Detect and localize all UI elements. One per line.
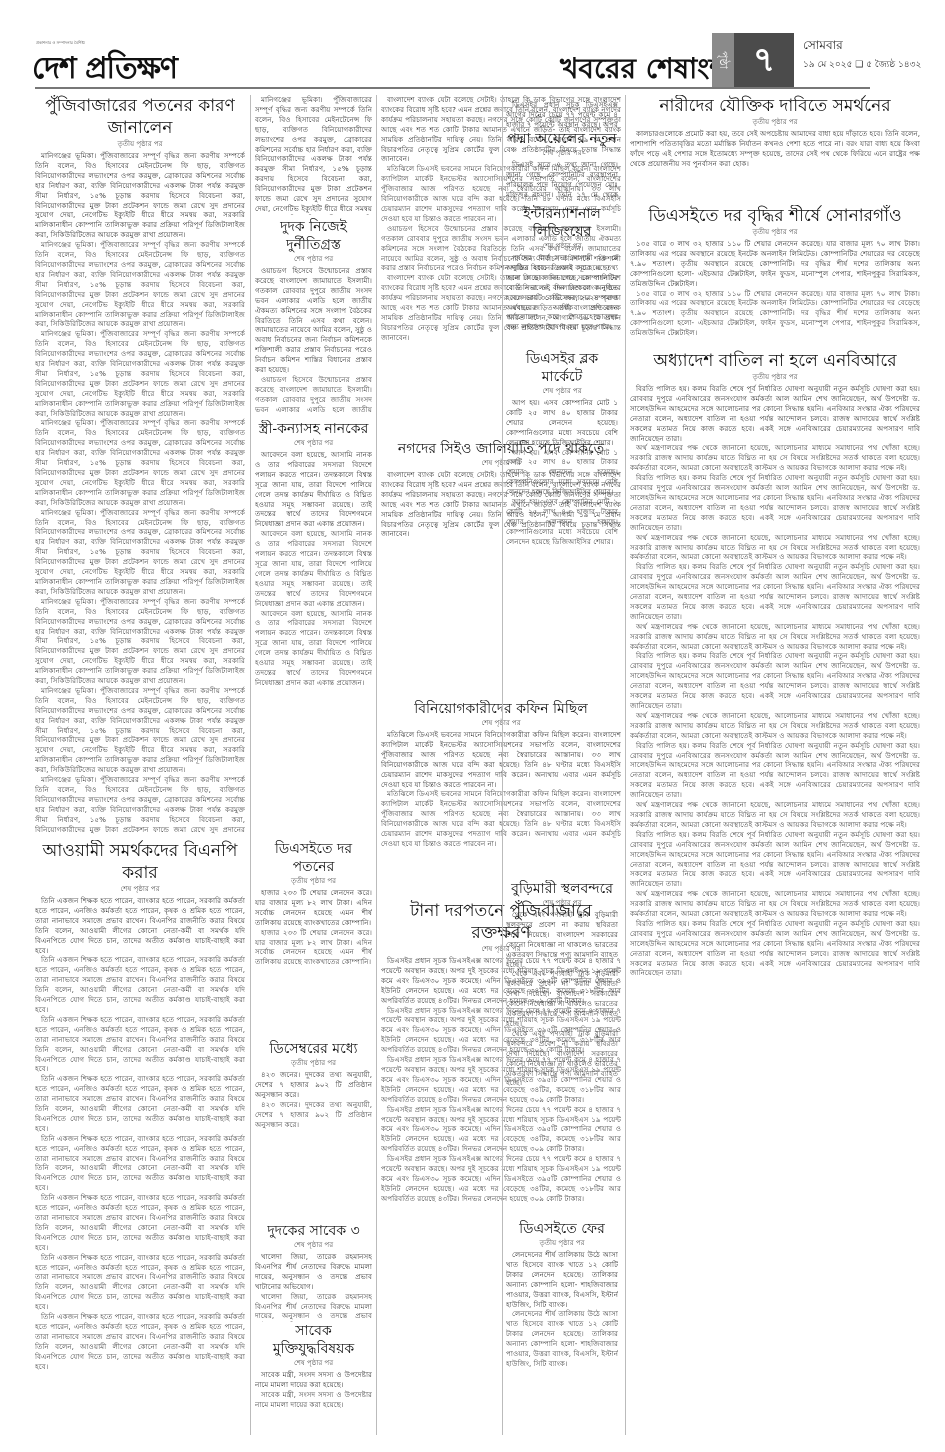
headline[interactable]: নারীদের যৌক্তিক দাবিতে সমর্থনের bbox=[630, 95, 920, 117]
story-body: বিরতি পালিত হয়। কলম বিরতি শেষে পূর্ব নি… bbox=[630, 830, 920, 889]
headline[interactable]: ইন্টারন্যাশনাল লিজিংয়ের bbox=[506, 205, 618, 241]
story-body: তিনি একজন শিক্ষক হতে পারেন, ব্যাংকার হতে… bbox=[35, 1015, 245, 1074]
page-number: ৭ bbox=[734, 33, 794, 87]
column-divider bbox=[376, 95, 377, 1435]
headline[interactable]: সাবেক মুক্তিযুদ্ধবিষয়ক bbox=[255, 1322, 372, 1358]
headline[interactable]: অধ্যাদেশ বাতিল না হলে এনবিআরে bbox=[630, 350, 920, 372]
story-body: আপ হয়। এসব কোম্পানির মোট ১ কোটি ২৫ লাখ … bbox=[506, 398, 618, 448]
jump-line: তৃতীয় পৃষ্ঠার পর bbox=[255, 876, 372, 886]
story-body: মানিগঞ্জের ভূমিকা। পুঁজিবাজারের সম্পূর্ণ… bbox=[35, 508, 245, 597]
story-body: অর্থ মন্ত্রণালয়ের পক্ষ থেকে জানানো হয়ে… bbox=[630, 533, 920, 563]
story-body: ডিএসই সূত্রে এ তথ্য জানা গেছে। জানা গেছে… bbox=[506, 160, 618, 200]
story-body: মতিঝিলে ডিএসই ভবনের সামনে বিনিয়োগকারীরা… bbox=[381, 789, 621, 848]
story-body: লেনদেনের শীর্ষ তালিকায় উঠে আসা খাত হিসে… bbox=[506, 1250, 618, 1309]
story-body: মানিগঞ্জের ভূমিকা। পুঁজিবাজারের সম্পূর্ণ… bbox=[255, 95, 372, 215]
jump-line: শেষ পৃষ্ঠার পর bbox=[506, 148, 618, 158]
story-body: সাবেক মন্ত্রী, সংসদ সদস্য ও উপদেষ্টার না… bbox=[255, 1390, 372, 1410]
headline[interactable]: বুড়িমারী স্থলবন্দরে bbox=[506, 880, 618, 898]
story-dse-again: ডিএসইতে ফের তৃতীয় পৃষ্ঠার পর লেনদেনের শ… bbox=[506, 1220, 618, 1435]
jump-line: তৃতীয় পৃষ্ঠার পর bbox=[35, 139, 245, 149]
story-awami-supporters-bnp: আওয়ামী সমর্থকদের বিএনপি করার শেষ পৃষ্ঠা… bbox=[35, 840, 245, 1440]
story-body: থেকে এবং পণ্যবাহী ট্রাক বুড়িমারী স্থলবন… bbox=[506, 910, 618, 969]
story-body: আপ হয়। এসব কোম্পানির মোট ১ কোটি ২৫ লাখ … bbox=[506, 497, 618, 547]
story-body: তিনি একজন শিক্ষক হতে পারেন, ব্যাংকার হতে… bbox=[35, 1134, 245, 1193]
headline[interactable]: ডিএসইতে দর বৃদ্ধির শীর্ষে সোনারগাঁও bbox=[630, 205, 920, 227]
story-body: বিরতি পালিত হয়। কলম বিরতি শেষে পূর্ব নি… bbox=[630, 919, 920, 978]
story-former-acc-three: দুদকের সাবেক ৩ শেষ পৃষ্ঠার পর খালেদা জিয… bbox=[255, 1222, 372, 1322]
headline[interactable]: ডিসেম্বরের মধ্যে bbox=[255, 1040, 372, 1058]
masthead-divider bbox=[35, 87, 870, 89]
story-body: মানিগঞ্জের ভূমিকা। পুঁজিবাজারের সম্পূর্ণ… bbox=[35, 329, 245, 418]
story-body: খালেদা জিয়া, তারেক রহমানসহ বিএনপির শীর্… bbox=[255, 1252, 372, 1292]
jump-line: শেষ পৃষ্ঠার পর bbox=[35, 884, 245, 894]
story-body: থেকে এবং পণ্যবাহী ট্রাক বুড়িমারী স্থলবন… bbox=[506, 969, 618, 1028]
story-body: মানিগঞ্জের ভূমিকা। পুঁজিবাজারের সম্পূর্ণ… bbox=[35, 597, 245, 686]
story-body: মানিগঞ্জের ভূমিকা। পুঁজিবাজারের সম্পূর্ণ… bbox=[35, 686, 245, 775]
jump-line: শেষ পৃষ্ঠার পর bbox=[255, 254, 372, 264]
story-body: মানিগঞ্জের ভূমিকা। পুঁজিবাজারের সম্পূর্ণ… bbox=[35, 240, 245, 329]
story-nbr-ordinance: অধ্যাদেশ বাতিল না হলে এনবিআরে তৃতীয় পৃষ… bbox=[630, 350, 920, 1435]
story-body: বিরতি পালিত হয়। কলম বিরতি শেষে পূর্ব নি… bbox=[630, 651, 920, 710]
story-burimari-port: বুড়িমারী স্থলবন্দরে শেষ পৃষ্ঠার পর থেকে… bbox=[506, 880, 618, 1190]
headline[interactable]: ডিএসইতে ফের bbox=[506, 1220, 618, 1238]
story-body: কালচারগুলোকে প্রমোট করা হয়, তবে সেই অপচ… bbox=[630, 129, 920, 169]
story-body: আপ হয়। এসব কোম্পানির মোট ১ কোটি ২৫ লাখ … bbox=[506, 448, 618, 498]
story-body: মানিগঞ্জের ভূমিকা। পুঁজিবাজারের সম্পূর্ণ… bbox=[35, 775, 245, 835]
story-dse-block-market: ডিএসইর ব্লক মার্কেটে শেষ পৃষ্ঠার পর আপ হ… bbox=[506, 350, 618, 590]
story-body: আবেদনে বলা হয়েছে, আসামি নানক ও তার পরিব… bbox=[255, 529, 372, 608]
story-body: বিরতি পালিত হয়। কলম বিরতি শেষে পূর্ব নি… bbox=[630, 562, 920, 621]
story-capital-market-continued: মানিগঞ্জের ভূমিকা। পুঁজিবাজারের সম্পূর্ণ… bbox=[255, 95, 372, 215]
story-acc-corrupt: দুদক নিজেই দুর্নীতিগ্রস্ত শেষ পৃষ্ঠার পর… bbox=[255, 218, 372, 413]
story-body: মানিগঞ্জের ভূমিকা। পুঁজিবাজারের সম্পূর্ণ… bbox=[35, 151, 245, 240]
story-body: অর্থ মন্ত্রণালয়ের পক্ষ থেকে জানানো হয়ে… bbox=[630, 800, 920, 830]
story-body: বিরতি পালিত হয়। কলম বিরতি শেষে পূর্ব নি… bbox=[630, 741, 920, 800]
jump-line: শেষ পৃষ্ঠার পর bbox=[506, 241, 618, 251]
headline[interactable]: দুদক নিজেই দুর্নীতিগ্রস্ত bbox=[255, 218, 372, 254]
jump-line: শেষ পৃষ্ঠার পর bbox=[506, 898, 618, 908]
jump-line: শেষ পৃষ্ঠার পর bbox=[506, 386, 618, 396]
column-divider bbox=[502, 95, 503, 1435]
story-dse-price-fall: ডিএসইতে দর পতনের তৃতীয় পৃষ্ঠার পর হাজার… bbox=[255, 840, 372, 970]
story-body: হাজার ২৩৩ টি শেয়ার লেনদেন করে। যার বাজা… bbox=[255, 888, 372, 928]
story-body: তিনি একজন শিক্ষক হতে পারেন, ব্যাংকার হতে… bbox=[35, 1312, 245, 1371]
story-body: অর্থ মন্ত্রণালয়ের পক্ষ থেকে জানানো হয়ে… bbox=[630, 443, 920, 473]
story-body: খালেদা জিয়া, তারেক রহমানসহ বিএনপির শীর্… bbox=[255, 1292, 372, 1322]
jump-line: শেষ পৃষ্ঠার পর bbox=[255, 1358, 372, 1368]
story-body: তিনি একজন শিক্ষক হতে পারেন, ব্যাংকার হতে… bbox=[35, 1253, 245, 1312]
jump-line: শেষ পৃষ্ঠার পর bbox=[255, 1240, 372, 1250]
story-by-december: ডিসেম্বরের মধ্যে তৃতীয় পৃষ্ঠার পর ৪২৩ জ… bbox=[255, 1040, 372, 1140]
story-body: ওয়াচডগ হিসেবে উন্মোচনের প্রস্তাব করেছে … bbox=[255, 266, 372, 375]
story-body: ১৩৫ বারে ৩ লাখ ৩২ হাজার ১১০ টি শেয়ার লে… bbox=[630, 239, 920, 289]
jump-line: তৃতীয় পৃষ্ঠার পর bbox=[255, 1058, 372, 1068]
jump-line: শেষ পৃষ্ঠার পর bbox=[255, 438, 372, 448]
story-body: অর্থ মন্ত্রণালয়ের পক্ষ থেকে জানানো হয়ে… bbox=[630, 622, 920, 652]
jump-line: শেষ পৃষ্ঠার পর bbox=[381, 718, 621, 728]
story-body: লেনদেনের শীর্ষ তালিকায় উঠে আসা খাত হিসে… bbox=[506, 1309, 618, 1368]
story-body: অর্থ মন্ত্রণালয়ের পক্ষ থেকে জানানো হয়ে… bbox=[630, 711, 920, 741]
story-body: অর্থ মন্ত্রণালয়ের পক্ষ থেকে জানানো হয়ে… bbox=[630, 889, 920, 919]
headline[interactable]: আওয়ামী সমর্থকদের বিএনপি করার bbox=[35, 840, 245, 884]
story-body: বিরতি পালিত হয়। কলম বিরতি শেষে পূর্ব নি… bbox=[630, 384, 920, 443]
column-divider bbox=[250, 95, 251, 1435]
story-sonargaon-top-gainer: ডিএসইতে দর বৃদ্ধির শীর্ষে সোনারগাঁও তৃতী… bbox=[630, 205, 920, 370]
story-body: ৪২৩ জনের। দুদকের তথ্য অনুযায়ী, দেশের ৭ … bbox=[255, 1070, 372, 1100]
story-investors-coffin-march: বিনিয়োগকারীদের কফিন মিছিল শেষ পৃষ্ঠার প… bbox=[381, 700, 621, 880]
jump-line: তৃতীয় পৃষ্ঠার পর bbox=[630, 372, 920, 382]
story-body: ওয়াচডগ হিসেবে উন্মোচনের প্রস্তাব করেছে … bbox=[255, 375, 372, 413]
story-body: হাজার ২৩৩ টি শেয়ার লেনদেন করে। যার বাজা… bbox=[255, 928, 372, 968]
story-body: থেকে এবং পণ্যবাহী ট্রাক বুড়িমারী স্থলবন… bbox=[506, 1029, 618, 1088]
headline[interactable]: বিনিয়োগকারীদের কফিন মিছিল bbox=[381, 700, 621, 718]
jump-line: তৃতীয় পৃষ্ঠার পর bbox=[506, 1238, 618, 1248]
jump-line: তৃতীয় পৃষ্ঠার পর bbox=[630, 117, 920, 127]
story-body: ডিএসইর প্রধান সূচক ডিএসইএক্স আগের দিনের … bbox=[506, 100, 618, 130]
jump-line: তৃতীয় পৃষ্ঠার পর bbox=[630, 227, 920, 237]
headline[interactable]: পুঁজিবাজারের পতনের কারণ জানালেন bbox=[35, 95, 245, 139]
story-capital-market-fall: পুঁজিবাজারের পতনের কারণ জানালেন তৃতীয় প… bbox=[35, 95, 245, 835]
story-body: ৪২৩ জনের। দুদকের তথ্য অনুযায়ী, দেশের ৭ … bbox=[255, 1100, 372, 1130]
story-body: তিনি একজন শিক্ষক হতে পারেন, ব্যাংকার হতে… bbox=[35, 1074, 245, 1133]
issue-date: ১৯ মে ২০২৫ ❑ ৫ জ্যৈষ্ঠ ১৪৩২ bbox=[803, 57, 921, 72]
headline[interactable]: পদ্মা অয়েলের নতুন bbox=[506, 130, 618, 148]
story-body: মতিঝিলে ডিএসই ভবনের সামনে বিনিয়োগকারীরা… bbox=[381, 730, 621, 789]
headline[interactable]: ডিএসইতে দর পতনের bbox=[255, 840, 372, 876]
story-body: পর্ষদের বোর্ড সভা আগামী ২৪ মে অনুষ্ঠিত হ… bbox=[506, 253, 618, 332]
story-body: আবেদনে বলা হয়েছে, আসামি নানক ও তার পরিব… bbox=[255, 450, 372, 529]
story-padma-oil: পদ্মা অয়েলের নতুন শেষ পৃষ্ঠার পর ডিএসই … bbox=[506, 130, 618, 200]
story-body: বিরতি পালিত হয়। কলম বিরতি শেষে পূর্ব নি… bbox=[630, 473, 920, 532]
column-divider bbox=[625, 95, 626, 1435]
issue-day: সোমবার bbox=[803, 37, 843, 57]
story-body: ১৩৫ বারে ৩ লাখ ৩২ হাজার ১১০ টি শেয়ার লে… bbox=[630, 289, 920, 339]
story-international-leasing: ইন্টারন্যাশনাল লিজিংয়ের শেষ পৃষ্ঠার পর … bbox=[506, 205, 618, 345]
story-former-liberation-minister: সাবেক মুক্তিযুদ্ধবিষয়ক শেষ পৃষ্ঠার পর স… bbox=[255, 1322, 372, 1437]
story-body: তিনি একজন শিক্ষক হতে পারেন, ব্যাংকার হতে… bbox=[35, 955, 245, 1014]
story-body: মানিগঞ্জের ভূমিকা। পুঁজিবাজারের সম্পূর্ণ… bbox=[35, 418, 245, 507]
story-body: তিনি একজন শিক্ষক হতে পারেন, ব্যাংকার হতে… bbox=[35, 1193, 245, 1252]
story-body: সাবেক মন্ত্রী, সংসদ সদস্য ও উপদেষ্টার না… bbox=[255, 1370, 372, 1390]
story-nanak-travel-ban: স্ত্রী-কন্যাসহ নানকের শেষ পৃষ্ঠার পর আবে… bbox=[255, 420, 372, 815]
page-label: পৃষ্ঠা bbox=[712, 33, 734, 87]
story-continued: ডিএসইর প্রধান সূচক ডিএসইএক্স আগের দিনের … bbox=[506, 100, 618, 130]
story-body: তিনি একজন শিক্ষক হতে পারেন, ব্যাংকার হতে… bbox=[35, 896, 245, 955]
headline[interactable]: স্ত্রী-কন্যাসহ নানকের bbox=[255, 420, 372, 438]
headline[interactable]: ডিএসইর ব্লক মার্কেটে bbox=[506, 350, 618, 386]
headline[interactable]: দুদকের সাবেক ৩ bbox=[255, 1222, 372, 1240]
story-body: আবেদনে বলা হয়েছে, আসামি নানক ও তার পরিব… bbox=[255, 609, 372, 688]
